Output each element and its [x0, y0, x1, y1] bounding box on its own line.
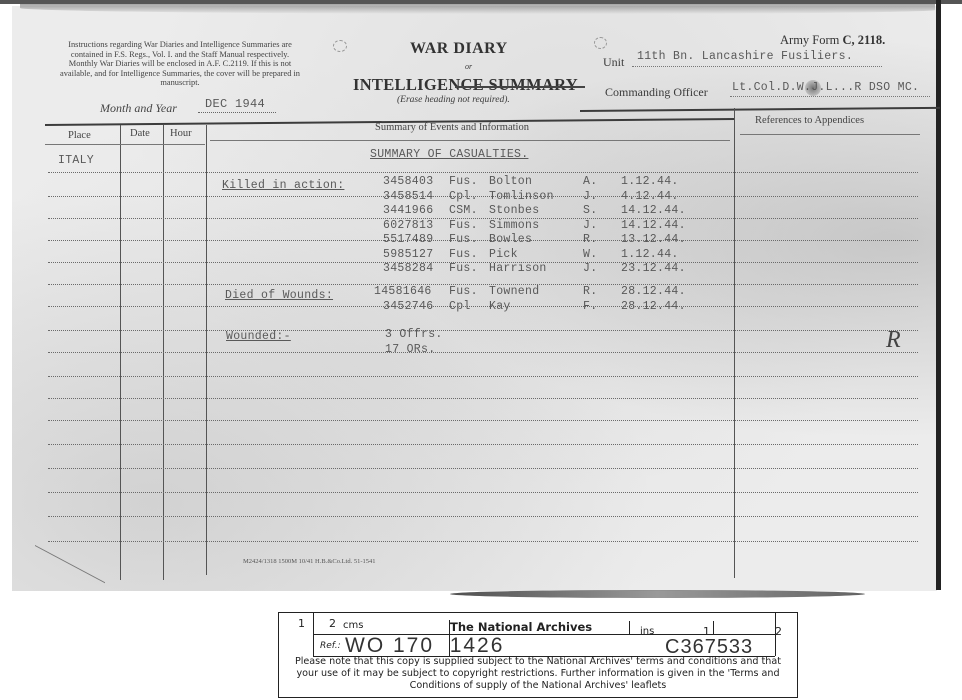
category-label-killed: Killed in action: — [222, 179, 344, 192]
row-line — [48, 330, 918, 331]
army-form-prefix: Army Form — [780, 33, 843, 47]
died-of-wounds-list: 14581646Fus.TownendR.28.12.44. 3452746Cp… — [374, 285, 686, 314]
service-number: 5985127 — [383, 248, 449, 263]
casualty-entry: 6027813Fus.SimmonsJ.14.12.44. — [383, 219, 686, 234]
wounded-other-ranks: 17 ORs. — [385, 343, 443, 358]
casualty-entry: 3441966CSM.StonbesS.14.12.44. — [383, 204, 686, 219]
month-year-label: Month and Year — [100, 101, 177, 116]
initial: F. — [583, 300, 621, 315]
section-heading: SUMMARY OF CASUALTIES. — [370, 148, 528, 161]
strikethrough-line — [455, 86, 585, 88]
row-line — [48, 541, 918, 542]
initial: R. — [583, 285, 621, 300]
header-underline — [45, 144, 205, 145]
rank: Fus. — [449, 233, 489, 248]
date: 13.12.44. — [621, 233, 686, 248]
ruler-mark-in-2: 2 — [775, 625, 782, 638]
service-number: 6027813 — [383, 219, 449, 234]
row-line — [48, 516, 918, 517]
date: 28.12.44. — [621, 285, 686, 300]
month-year-value: DEC 1944 — [205, 97, 265, 111]
ruler-mark-cm-1: 1 — [298, 617, 305, 630]
unit-value: 11th Bn. Lancashire Fusiliers. — [637, 50, 853, 63]
surname: Townend — [489, 285, 583, 300]
date: 14.12.44. — [621, 204, 686, 219]
surname: Bowles — [489, 233, 583, 248]
service-number: 14581646 — [374, 285, 449, 300]
casualty-entry: 3458284Fus.HarrisonJ.23.12.44. — [383, 262, 686, 277]
category-label-died-of-wounds: Died of Wounds: — [225, 289, 333, 302]
wounded-officers: 3 Offrs. — [385, 328, 443, 343]
category-label-wounded: Wounded:- — [226, 330, 291, 343]
initial: J. — [583, 262, 621, 277]
commanding-officer-label: Commanding Officer — [605, 85, 708, 100]
commanding-officer-value: Lt.Col.D.W.J.L...R DSO MC. — [732, 81, 919, 94]
page-curl-shadow — [450, 590, 865, 598]
initial: J. — [583, 190, 621, 205]
army-form-code: C, 2118. — [843, 33, 886, 47]
date: 1.12.44. — [621, 175, 679, 190]
surname: Tomlinson — [489, 190, 583, 205]
label-divider — [629, 621, 630, 635]
date: 1.12.44. — [621, 248, 679, 263]
column-header-hour: Hour — [170, 128, 192, 139]
printer-imprint: M2424/1318 1500M 10/41 H.B.&Co.Ltd. 51-1… — [243, 558, 376, 565]
casualty-entry: 5517489Fus.BowlesR.13.12.44. — [383, 233, 686, 248]
ruler-mark-cm-2: 2 — [329, 617, 336, 630]
header-underline — [740, 134, 920, 135]
page-title: WAR DIARY — [410, 40, 508, 58]
month-year-dotted-line — [198, 112, 276, 113]
label-divider — [313, 634, 314, 656]
rank: CSM. — [449, 204, 489, 219]
rank: Fus. — [449, 175, 489, 190]
row-line — [48, 420, 918, 421]
column-header-summary: Summary of Events and Information — [375, 122, 529, 133]
casualty-entry: 5985127Fus.PickW.1.12.44. — [383, 248, 686, 263]
rank: Cpl — [449, 300, 489, 315]
place-value: ITALY — [58, 154, 94, 167]
column-header-references: References to Appendices — [755, 115, 864, 126]
initial: A. — [583, 175, 621, 190]
surname: Bolton — [489, 175, 583, 190]
army-form-number: Army Form C, 2118. — [780, 33, 885, 48]
column-header-place: Place — [68, 130, 91, 141]
archive-title: The National Archives — [450, 620, 592, 634]
row-line — [48, 468, 918, 469]
surname: Harrison — [489, 262, 583, 277]
initial: R. — [583, 233, 621, 248]
column-divider-hour — [206, 125, 207, 575]
label-divider — [713, 621, 714, 635]
erase-note: (Erase heading not required). — [397, 95, 510, 105]
killed-in-action-list: 3458403Fus.BoltonA.1.12.44. 3458514Cpl.T… — [383, 175, 686, 277]
rank: Fus. — [449, 285, 489, 300]
copyright-notice: Please note that this copy is supplied s… — [283, 656, 793, 692]
handwritten-initials: R — [886, 327, 901, 354]
row-line — [48, 172, 918, 173]
surname: Simmons — [489, 219, 583, 234]
rank: Fus. — [449, 248, 489, 263]
service-number: 5517489 — [383, 233, 449, 248]
casualty-entry: 3452746CplKayF.28.12.44. — [374, 300, 686, 315]
surname: Pick — [489, 248, 583, 263]
cms-label: cms — [343, 620, 363, 631]
column-header-date: Date — [130, 128, 150, 139]
header-underline — [210, 140, 730, 141]
punch-hole-icon — [333, 40, 347, 52]
surname: Kay — [489, 300, 583, 315]
row-line — [48, 444, 918, 445]
rank: Fus. — [449, 262, 489, 277]
service-number: 3458514 — [383, 190, 449, 205]
casualty-entry: 3458403Fus.BoltonA.1.12.44. — [383, 175, 686, 190]
service-number: 3441966 — [383, 204, 449, 219]
wounded-list: 3 Offrs. 17 ORs. — [385, 328, 443, 357]
column-divider-references — [734, 108, 735, 578]
row-line — [48, 492, 918, 493]
ref-series: WO 170 — [345, 634, 434, 657]
service-number: 3458403 — [383, 175, 449, 190]
rank: Cpl. — [449, 190, 489, 205]
casualty-entry: 14581646Fus.TownendR.28.12.44. — [374, 285, 686, 300]
date: 23.12.44. — [621, 262, 686, 277]
ref-value: WO 170 1426 — [345, 634, 504, 658]
ins-label: ins — [640, 626, 654, 637]
date: 4.12.44. — [621, 190, 679, 205]
unit-label: Unit — [603, 55, 624, 70]
date: 28.12.44. — [621, 300, 686, 315]
initial: W. — [583, 248, 621, 263]
rank: Fus. — [449, 219, 489, 234]
instructions-text: Instructions regarding War Diaries and I… — [60, 40, 300, 88]
service-number: 3458284 — [383, 262, 449, 277]
ref-label: Ref.: — [320, 641, 341, 651]
row-line — [48, 352, 918, 353]
title-alternate: INTELLIGENCE SUMMARY — [353, 75, 578, 95]
scan-right-edge — [936, 0, 941, 590]
co-dotted-line — [730, 96, 930, 97]
title-or: or — [465, 62, 472, 71]
unit-dotted-line — [632, 66, 882, 67]
ref-piece: 1426 — [450, 634, 505, 657]
ink-smudge — [805, 80, 821, 96]
punch-hole-icon — [594, 37, 607, 49]
casualty-entry: 3458514Cpl.TomlinsonJ.4.12.44. — [383, 190, 686, 205]
initial: S. — [583, 204, 621, 219]
row-line — [48, 398, 918, 399]
surname: Stonbes — [489, 204, 583, 219]
service-number: 3452746 — [383, 300, 449, 315]
date: 14.12.44. — [621, 219, 686, 234]
row-line — [48, 376, 918, 377]
initial: J. — [583, 219, 621, 234]
